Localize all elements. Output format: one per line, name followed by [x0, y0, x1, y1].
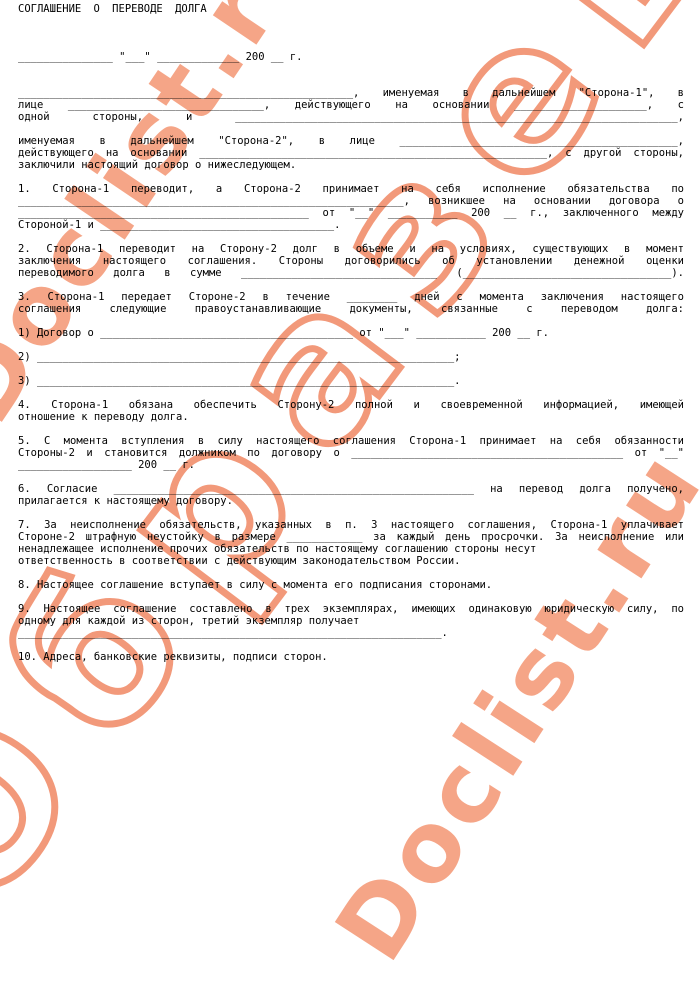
blank-line: [18, 75, 684, 87]
document-line: ________________________________________…: [18, 195, 684, 207]
document-line: отношение к переводу долга.: [18, 411, 684, 423]
document-line: ________________________________________…: [18, 627, 684, 639]
document-line: заключения настоящего соглашения. Сторон…: [18, 255, 684, 267]
blank-line: [18, 315, 684, 327]
document-line: действующего на основании ______________…: [18, 147, 684, 159]
blank-line: [18, 339, 684, 351]
blank-line: [18, 63, 684, 75]
blank-line: [18, 387, 684, 399]
document-title: СОГЛАШЕНИЕ О ПЕРЕВОДЕ ДОЛГА: [18, 3, 684, 15]
blank-line: [18, 279, 684, 291]
document-line: одному для каждой из сторон, третий экзе…: [18, 615, 684, 627]
blank-line: [18, 567, 684, 579]
blank-line: [18, 231, 684, 243]
document-line: соглашения следующие правоустанавливающи…: [18, 303, 684, 315]
document-line: одной стороны, и _______________________…: [18, 111, 684, 123]
document-line: ненадлежащее исполнение прочих обязатель…: [18, 543, 684, 555]
document-line: 3) _____________________________________…: [18, 375, 684, 387]
document-line: 8. Настоящее соглашение вступает в силу …: [18, 579, 684, 591]
blank-line: [18, 15, 684, 27]
document-line: 6. Согласие ____________________________…: [18, 483, 684, 495]
document-line: заключили настоящий договор о нижеследую…: [18, 159, 684, 171]
document-line: 5. С момента вступления в силу настоящег…: [18, 435, 684, 447]
document-line: 7. За неисполнение обязательств, указанн…: [18, 519, 684, 531]
blank-line: [18, 471, 684, 483]
blank-line: [18, 423, 684, 435]
document-line: переводимого долга в сумме _____________…: [18, 267, 684, 279]
blank-line: [18, 39, 684, 51]
document-line: ответственность в соответствии с действу…: [18, 555, 684, 567]
blank-line: [18, 507, 684, 519]
document-text: СОГЛАШЕНИЕ О ПЕРЕВОДЕ ДОЛГА ____________…: [18, 3, 684, 663]
document-line: _______________ "___" _____________ 200 …: [18, 51, 684, 63]
document-line: Стороне-2 штрафную неустойку в размере _…: [18, 531, 684, 543]
document-line: 2) _____________________________________…: [18, 351, 684, 363]
blank-line: [18, 363, 684, 375]
blank-line: [18, 591, 684, 603]
document-line: ________________________________________…: [18, 87, 684, 99]
document-line: 9. Настоящее соглашение составлено в тре…: [18, 603, 684, 615]
blank-line: [18, 123, 684, 135]
blank-line: [18, 27, 684, 39]
document-line: прилагается к настоящему договору.: [18, 495, 684, 507]
document-line: лице _______________________________, де…: [18, 99, 684, 111]
document-line: 3. Сторона-1 передает Стороне-2 в течени…: [18, 291, 684, 303]
document-line: Стороны-2 и становится должником по дого…: [18, 447, 684, 459]
document-line: ________________________________________…: [18, 207, 684, 219]
blank-line: [18, 171, 684, 183]
document-page: Doclist.ru Образец Doclist.ru СОГЛАШЕНИЕ…: [0, 0, 700, 1000]
document-line: 1) Договор о ___________________________…: [18, 327, 684, 339]
document-line: 1. Сторона-1 переводит, а Сторона-2 прин…: [18, 183, 684, 195]
blank-line: [18, 639, 684, 651]
document-line: 2. Сторона-1 переводит на Сторону-2 долг…: [18, 243, 684, 255]
document-line: __________________ 200 __ г.: [18, 459, 684, 471]
document-line: именуемая в дальнейшем "Сторона-2", в ли…: [18, 135, 684, 147]
document-line: 10. Адреса, банковские реквизиты, подпис…: [18, 651, 684, 663]
document-line: 4. Сторона-1 обязана обеспечить Сторону-…: [18, 399, 684, 411]
document-line: Стороной-1 и ___________________________…: [18, 219, 684, 231]
